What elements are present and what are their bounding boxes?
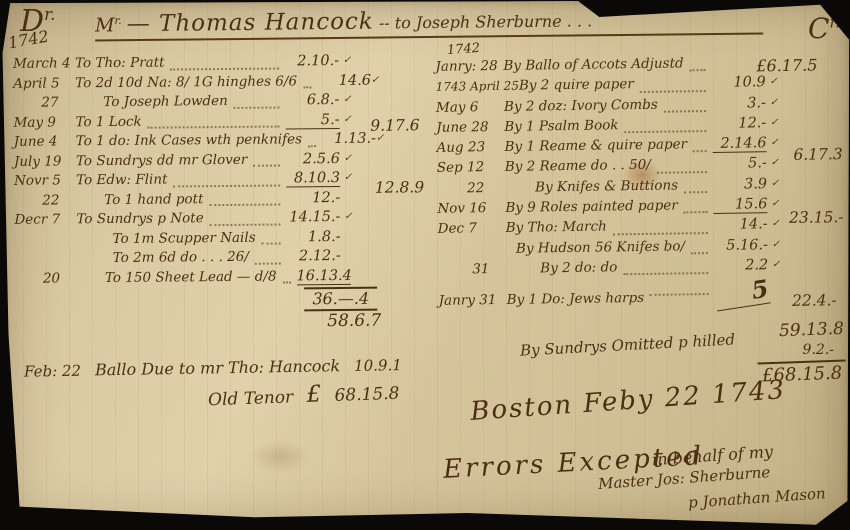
dot-leader (174, 184, 281, 187)
entry-description: To Joseph Lowden (103, 93, 228, 110)
dot-leader (691, 252, 708, 254)
entry-amount: 14.- (714, 217, 768, 234)
signature-line: p Jonathan Mason (688, 484, 827, 512)
entry-amount: 10.9 (712, 75, 766, 92)
entry-description: By Hudson 56 Knifes bo/ (506, 238, 685, 256)
entry-date (15, 243, 77, 244)
debit-total: 58.6.7 (327, 311, 381, 331)
entry-date: Nov 16 (437, 200, 505, 217)
check-mark: ✓ (768, 239, 784, 250)
entry-description: To Sundrys p Note (76, 210, 203, 227)
entry-amount: 3.9 (713, 176, 767, 193)
dot-leader (664, 110, 706, 113)
entry-amount: 1.8.- (287, 229, 341, 245)
entry-amount: 15.6 (713, 196, 767, 214)
ledger-row: Janry 31By 1 Do: Jews harps5 (438, 276, 844, 302)
dot-leader (690, 69, 706, 71)
scanned-ledger-page: Dr. 1742 Mr. — Thomas Hancock -- to Jose… (0, 0, 850, 530)
entry-amount: 14.6 (317, 72, 371, 88)
entry-description: By 1 Reame & quire paper (504, 137, 687, 156)
dot-leader (210, 223, 281, 226)
entry-amount: 2.5.6 (286, 151, 340, 167)
debit-subtotal: 36.—.4 (304, 287, 377, 312)
balance-description: Ballo Due to mr Tho: Hancock (95, 356, 340, 379)
entry-date: 31 (438, 260, 540, 277)
check-mark: ✓ (339, 94, 355, 105)
entry-description: To 2d 10d Na: 8/ 1G hinghes 6/6 (75, 73, 297, 91)
old-tenor-label: Old Tenor (208, 387, 294, 410)
entry-date (15, 262, 77, 263)
group-total: 9.17.6 (370, 116, 419, 134)
dot-leader (625, 130, 707, 133)
dot-leader (308, 145, 316, 147)
account-creditor-name: -- to Joseph Sherburne . . . (379, 11, 592, 32)
entry-date: May 6 (436, 98, 504, 115)
cr-superscript: r. (829, 14, 840, 32)
entry-description: By 2 doz: Ivory Combs (504, 96, 658, 114)
dot-leader (684, 211, 708, 213)
dot-leader (210, 204, 281, 207)
entry-amount: 12.- (712, 115, 766, 132)
entry-amount: 16.13.4 (296, 267, 350, 284)
entry-date: May 9 (13, 114, 75, 131)
dot-leader (234, 106, 280, 108)
entry-amount: 2.2 (714, 257, 768, 274)
entry-description: By Tho: March (506, 219, 607, 236)
title-mr: Mr. (95, 14, 122, 36)
entry-amount: 3.- (712, 95, 766, 112)
entry-description: To Tho: Pratt (75, 55, 165, 72)
paper-stain (250, 440, 310, 474)
entry-date: 22 (14, 192, 104, 209)
check-mark: ✓ (371, 74, 379, 85)
group-total: 23.15.- (789, 208, 844, 227)
entry-amount: 12.- (286, 190, 340, 206)
check-mark: ✓ (767, 198, 783, 209)
entry-amount: 1.13.- (322, 131, 376, 147)
entry-amount: 6.8.- (285, 92, 339, 108)
entry-amount: 5.- (713, 156, 767, 173)
balance-line: Feb: 22 Ballo Due to mr Tho: Hancock 10.… (24, 354, 444, 380)
pound-sign: £ (306, 381, 322, 407)
dot-leader (148, 126, 280, 129)
dot-leader (262, 243, 281, 245)
omitted-amount: 9.2.- (803, 342, 834, 358)
check-mark: ✓ (768, 218, 784, 229)
entry-description: To 1 hand pott (104, 191, 203, 208)
dot-leader (303, 86, 311, 88)
check-mark: ✓ (766, 117, 782, 128)
entry-amount: 14.15.- (286, 209, 340, 225)
credit-column: Janry: 28By Ballo of Accots Adjustd 1743… (435, 53, 844, 302)
entry-date: Sep 12 (437, 159, 505, 176)
entry-date: Janry: 28 (435, 58, 503, 75)
entry-description: To 2m 6d do . . . 26/ (77, 249, 249, 267)
entry-date: March 4 (13, 55, 75, 72)
entry-date: Decr 7 (14, 211, 76, 228)
entry-date: June 4 (14, 133, 76, 150)
check-mark: ✓ (340, 152, 356, 163)
dot-leader (253, 165, 280, 167)
check-mark: ✓ (340, 172, 356, 183)
entry-description: By 1 Psalm Book (504, 117, 618, 135)
old-tenor-line: Old Tenor £ 68.15.8 (208, 379, 400, 412)
entry-amount: 2.10.- (285, 53, 339, 69)
paper-sheet: Dr. 1742 Mr. — Thomas Hancock -- to Jose… (0, 0, 850, 530)
entry-description: To 1m Scupper Nails (77, 229, 256, 247)
year-label-left: 1742 (7, 27, 50, 53)
entry-description: By 2 do: do (540, 259, 617, 276)
entry-description: By 2 quire paper (519, 76, 634, 94)
dr-superscript: r. (44, 5, 55, 24)
account-holder-name: — Thomas Hancock (127, 9, 374, 38)
entry-description: To Edw: Flint (76, 172, 168, 189)
balance-amount: 10.9.1 (354, 356, 402, 375)
entry-date: June 28 (436, 119, 504, 136)
entry-amount: 5.- (285, 112, 339, 129)
omitted-description: By Sundrys Omitted p hilled (520, 330, 736, 359)
entry-description: By Ballo of Accots Adjustd (503, 55, 683, 74)
debit-column: March 4To Tho: Pratt2.10.-✓ April 5To 2d… (13, 52, 439, 290)
check-mark: ✓ (339, 55, 355, 66)
balance-date: Feb: 22 (24, 362, 81, 381)
check-mark: ✓ (766, 137, 782, 148)
entry-date: 20 (15, 270, 105, 287)
check-mark: ✓ (340, 113, 356, 124)
entry-description: To 150 Sheet Lead — d/8 (105, 268, 277, 285)
year-label-right: 1742 (447, 41, 481, 58)
check-mark: ✓ (767, 178, 783, 189)
entry-date: Janry 31 (439, 292, 507, 309)
check-mark: ✓ (340, 211, 356, 222)
entry-date: Dec 7 (438, 220, 506, 237)
entry-date: Novr 5 (14, 172, 76, 189)
entry-amount: 2.14.6 (712, 135, 766, 153)
entry-date: 22 (437, 179, 535, 196)
entry-description: By 2 Reame do . . 50/ (505, 157, 651, 175)
group-total: 6.17.3 (793, 145, 843, 164)
entry-description: To 1 do: Ink Cases wth penknifes (76, 131, 302, 149)
entry-date: Aug 23 (436, 139, 504, 156)
old-tenor-total: 68.15.8 (334, 384, 400, 406)
dot-leader (171, 67, 280, 70)
entry-date: 27 (13, 94, 103, 111)
credit-heading: Cr. (808, 12, 840, 45)
dot-leader (613, 232, 708, 235)
place-date-line: Boston Feby 22 1743 (469, 375, 787, 427)
entry-amount: 2.12.- (287, 248, 341, 264)
entry-amount: 5.16.- (714, 237, 768, 254)
dot-leader (684, 191, 707, 193)
entry-description: By 1 Do: Jews harps (507, 290, 645, 308)
dot-leader (640, 90, 706, 93)
entry-amount: 5 (713, 274, 771, 312)
entry-date (438, 253, 506, 254)
entry-date: July 19 (14, 153, 76, 170)
dot-leader (693, 151, 707, 153)
dot-leader (255, 262, 281, 264)
entry-description: To Sundrys dd mr Glover (76, 151, 248, 168)
dot-leader (623, 272, 708, 275)
check-mark: ✓ (768, 259, 784, 270)
check-mark: ✓ (766, 76, 782, 87)
entry-amount: 8.10.3 (286, 170, 340, 187)
entry-description: To 1 Lock (75, 113, 141, 130)
account-title: Mr. — Thomas Hancock -- to Joseph Sherbu… (95, 5, 763, 42)
cr-letter: C (808, 12, 829, 45)
entry-description: By 9 Roles painted paper (505, 198, 678, 216)
credit-subtotal: 59.13.8 (779, 319, 845, 341)
entry-date: April 5 (13, 75, 75, 92)
dot-leader (283, 281, 291, 283)
entry-date: 1743 April 25 (436, 79, 519, 94)
group-total: 22.4.- (792, 291, 837, 310)
dot-leader (650, 293, 709, 296)
check-mark: ✓ (767, 157, 783, 168)
group-total: £6.17.5 (756, 56, 817, 76)
entry-description: By Knifes & Buttions (535, 177, 678, 195)
dot-leader (657, 171, 707, 174)
check-mark: ✓ (766, 97, 782, 108)
group-total: 12.8.9 (375, 178, 424, 196)
